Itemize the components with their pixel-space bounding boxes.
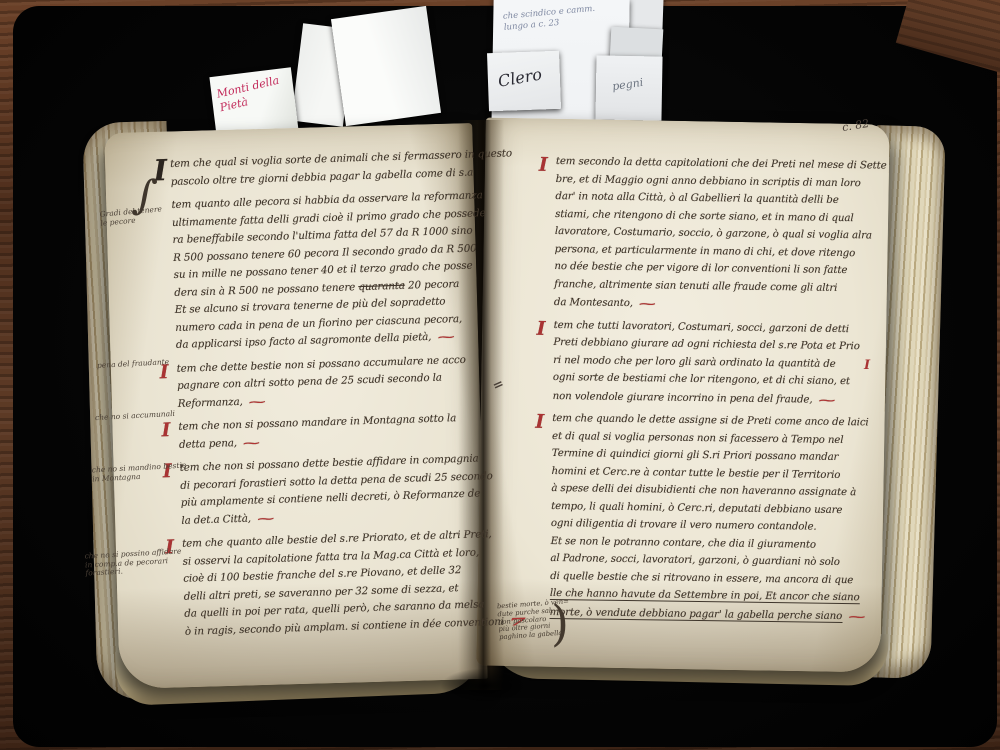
manuscript-paragraph: Item che non si possano mandare in Monta… xyxy=(178,410,521,456)
paragraph-initial: I xyxy=(535,411,544,433)
manuscript-line: non volendole giurare incorrino in pena … xyxy=(552,389,883,411)
red-paragraph-mark: ~ xyxy=(637,298,657,310)
manuscript-paragraph: Item che quanto alle bestie del s.re Pri… xyxy=(182,527,527,643)
tab-clero-label: Clero xyxy=(497,64,544,90)
red-paragraph-mark: ~ xyxy=(255,512,276,525)
tab-pegni-label: pegni xyxy=(611,76,644,93)
photo-stage: Monti della Pietà che scindico e camm. l… xyxy=(0,0,1000,750)
tab-pegni: pegni xyxy=(595,55,662,120)
right-margin-red-initial: I xyxy=(864,358,870,373)
red-paragraph-mark: ~ xyxy=(247,396,268,409)
margin-note-brace: ) xyxy=(551,595,569,652)
manuscript-line: morte, ò vendute debbiano pagar' la gabe… xyxy=(549,605,880,627)
red-paragraph-mark: ~ xyxy=(846,611,866,623)
manuscript-paragraph: Item che tutti lavoratori, Costumari, so… xyxy=(552,319,884,411)
right-page-text: Item secondo la detta capitolationi che … xyxy=(549,156,886,634)
note-sheet-label: che scindico e camm. lungo a c. 23 xyxy=(503,4,597,34)
book-gutter-bottom-shadow xyxy=(440,668,530,704)
paragraph-initial: I xyxy=(161,419,170,441)
manuscript-paragraph: Item che quando le dette assigne si de P… xyxy=(549,413,883,628)
margin-note: che no si possino affidare in comp.a de … xyxy=(84,547,182,578)
tab-clero: Clero xyxy=(487,51,561,111)
left-page-text: Item che qual si voglia sorte de animali… xyxy=(170,147,527,648)
manuscript-line: da Montesanto,~ xyxy=(554,296,885,318)
red-paragraph-mark: ~ xyxy=(241,437,262,450)
red-paragraph-mark: ~ xyxy=(817,394,837,406)
manuscript-paragraph: Item che dette bestie non si possano acc… xyxy=(176,352,519,415)
manuscript-paragraph: tem quanto alle pecora si habbia da osse… xyxy=(171,188,518,356)
paragraph-initial: I xyxy=(539,154,548,176)
manuscript-paragraph: Item secondo la detta capitolationi che … xyxy=(554,156,887,318)
tab-monti-label: Monti della Pietà xyxy=(215,74,283,116)
paragraph-initial: I xyxy=(536,317,545,339)
blank-paper-tab-right xyxy=(331,6,441,126)
red-paragraph-mark: ~ xyxy=(435,331,456,344)
manuscript-paragraph: Item che non si possano dette bestie aff… xyxy=(180,451,524,532)
